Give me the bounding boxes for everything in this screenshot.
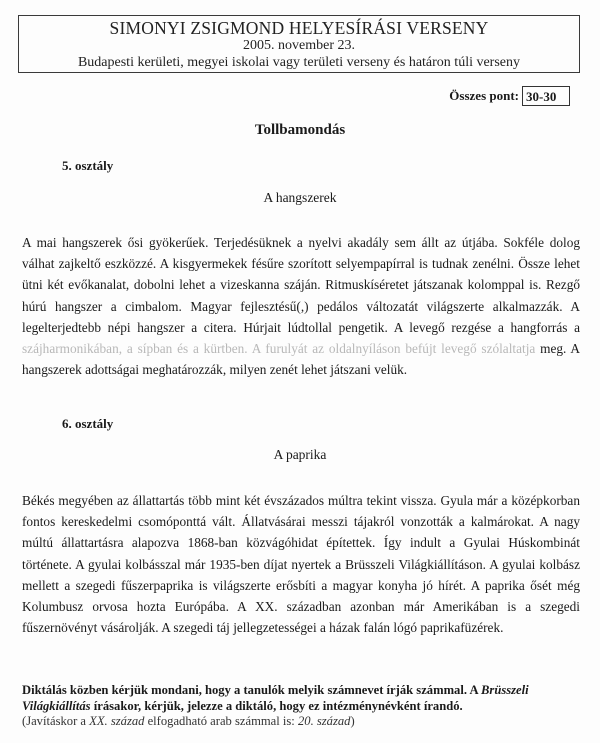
score-row: Összes pont: 30-30 [449,86,570,106]
competition-date: 2005. november 23. [19,38,579,54]
piece-title-hangszerek: A hangszerek [0,190,600,206]
piece-title-paprika: A paprika [0,447,600,463]
grade-label-5: 5. osztály [62,158,113,174]
text-part: A mai hangszerek ősi gyökerűek. Terjedés… [22,235,580,335]
score-label: Összes pont: [449,88,519,104]
competition-subtitle: Budapesti kerületi, megyei iskolai vagy … [19,54,579,72]
text-faded-part: szájharmonikában, a sípban és a kürtben.… [22,341,535,356]
grade-label-6: 6. osztály [62,416,113,432]
header-box: SIMONYI ZSIGMOND HELYESÍRÁSI VERSENY 200… [18,15,580,73]
dictation-text-paprika: Békés megyében az állattartás több mint … [22,490,580,638]
correction-note: (Javításkor a XX. század elfogadható ara… [22,714,582,730]
dictation-instructions: Diktálás közben kérjük mondani, hogy a t… [22,683,582,730]
instruction-text: Diktálás közben kérjük mondani, hogy a t… [22,683,582,714]
page-title: Tollbamondás [0,122,600,139]
dictation-text-hangszerek: A mai hangszerek ősi gyökerűek. Terjedés… [22,232,580,380]
score-box: 30-30 [522,86,570,106]
competition-title: SIMONYI ZSIGMOND HELYESÍRÁSI VERSENY [19,18,579,38]
